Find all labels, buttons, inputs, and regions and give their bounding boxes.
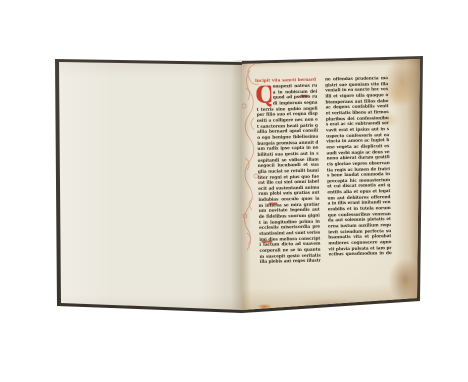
column-1-text: onspexit nateus rua in nobiscum dei quod… — [257, 84, 321, 266]
illuminated-initial: Q — [256, 85, 271, 106]
text-column-1: Q onspexit nateus rua in nobiscum dei qu… — [256, 84, 321, 266]
column-2-text: ne offendas prudencia magistri sue quoni… — [325, 76, 392, 257]
left-page-shading — [59, 62, 242, 310]
photograph-of-open-book: Incipit vita sancti bernardi abbatis cla… — [0, 0, 468, 382]
gutter-shadow — [231, 60, 251, 312]
text-column-2: ne offendas prudencia magistri sue quoni… — [325, 76, 392, 257]
